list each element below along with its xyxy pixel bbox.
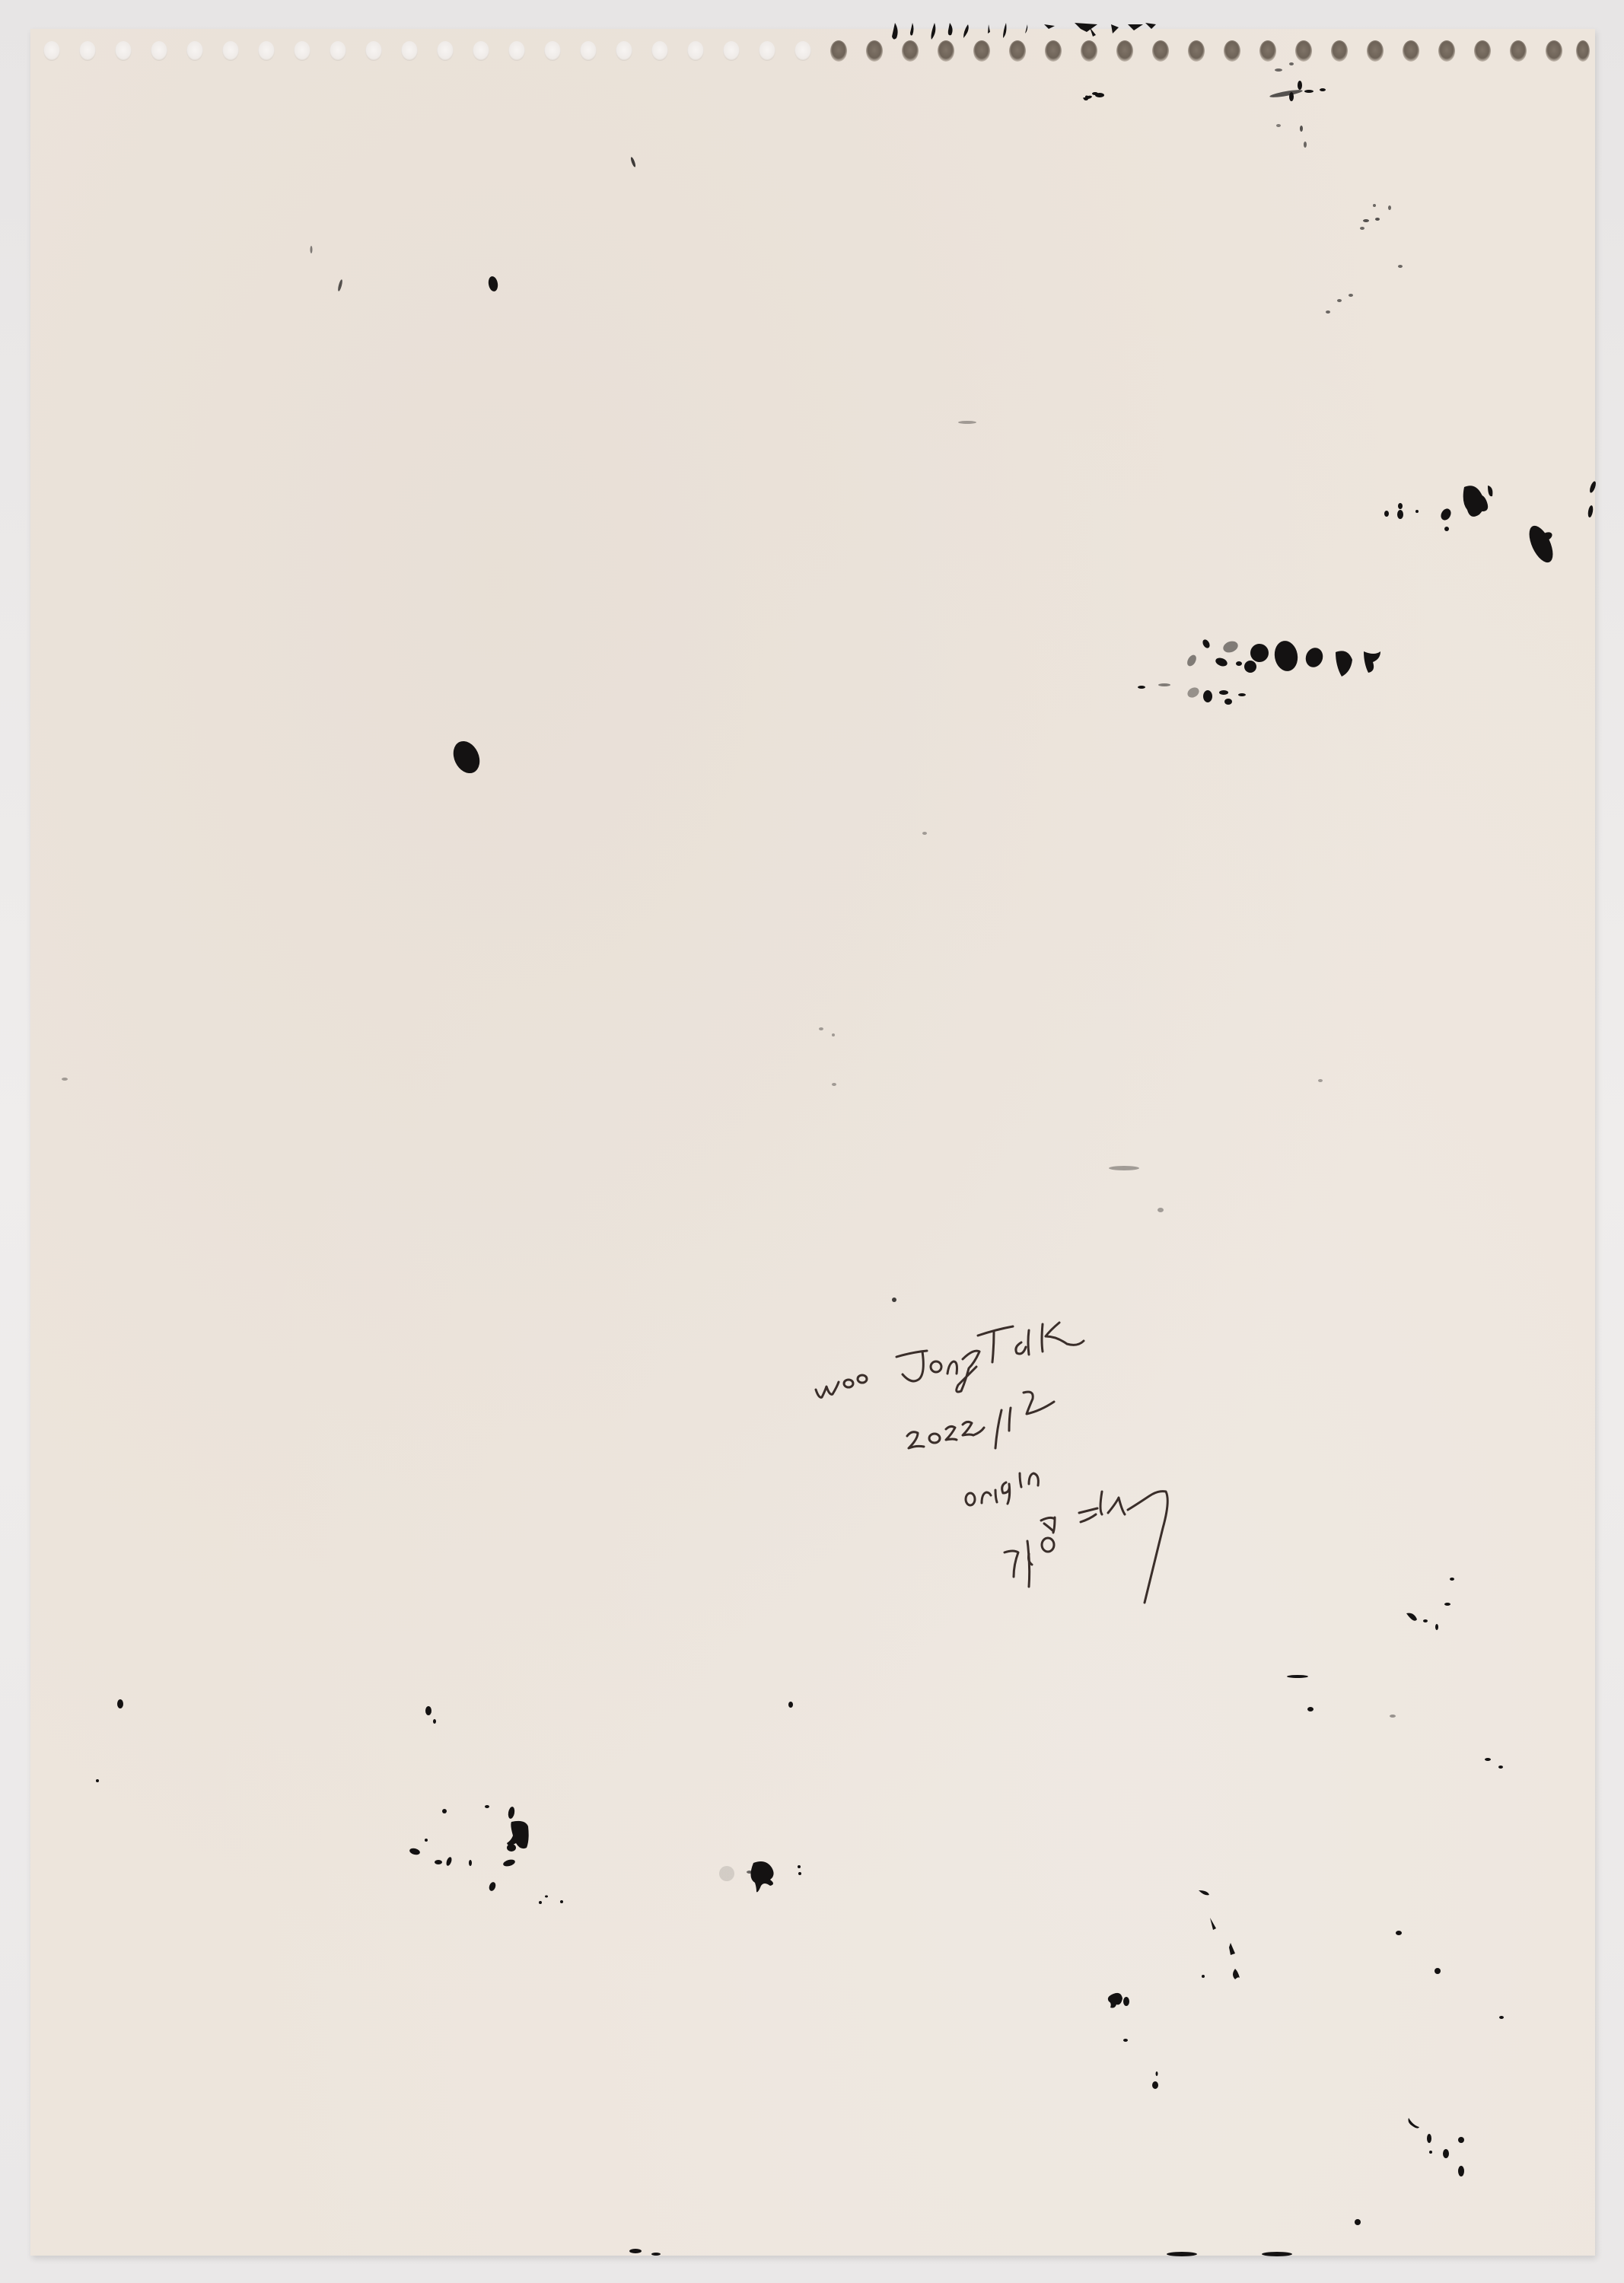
inscription-korean-signature	[1005, 1492, 1167, 1603]
inscription-woo	[816, 1375, 867, 1397]
inscription-origin	[966, 1473, 1038, 1505]
inscription-date	[907, 1392, 1054, 1448]
inscription-taek	[978, 1323, 1084, 1362]
handwritten-inscription	[0, 0, 1624, 2283]
inscription-jong	[896, 1351, 979, 1392]
